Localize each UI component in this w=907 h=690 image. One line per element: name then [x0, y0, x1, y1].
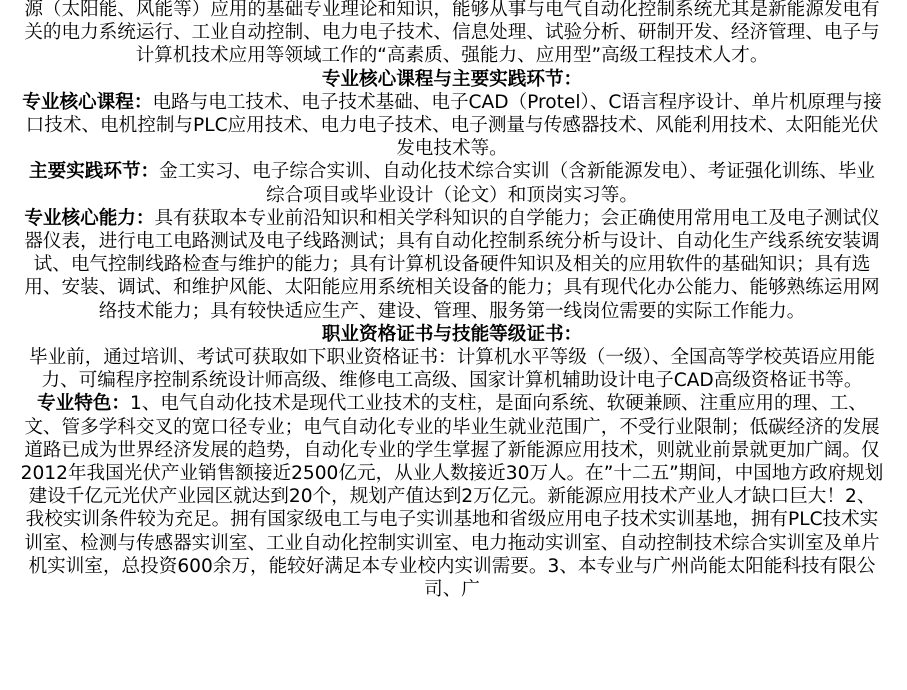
document-page: 源（太阳能、风能等）应用的基础专业理论和知识，能够从事与电气自动化控制系统尤其是… — [20, 0, 884, 601]
section-heading-certificates: 职业资格证书与技能等级证书： — [20, 323, 884, 346]
practice-label: 主要实践环节： — [29, 161, 159, 182]
core-courses-label: 专业核心课程： — [22, 92, 152, 113]
certificates-paragraph: 毕业前，通过培训、考试可获取如下职业资格证书：计算机水平等级（一级）、全国高等学… — [20, 346, 884, 392]
section-heading-core-courses: 专业核心课程与主要实践环节： — [20, 68, 884, 91]
core-courses-text: 电路与电工技术、电子技术基础、电子CAD（Protel）、C语言程序设计、单片机… — [26, 92, 882, 159]
ability-label: 专业核心能力： — [24, 208, 154, 229]
features-label: 专业特色： — [37, 393, 130, 414]
practice-text: 金工实习、电子综合实训、自动化技术综合实训（含新能源发电）、考证强化训练、毕业综… — [159, 161, 875, 205]
core-courses-paragraph: 专业核心课程：电路与电工技术、电子技术基础、电子CAD（Protel）、C语言程… — [20, 91, 884, 161]
intro-paragraph: 源（太阳能、风能等）应用的基础专业理论和知识，能够从事与电气自动化控制系统尤其是… — [20, 0, 884, 68]
practice-paragraph: 主要实践环节：金工实习、电子综合实训、自动化技术综合实训（含新能源发电）、考证强… — [20, 160, 884, 206]
features-paragraph: 专业特色：1、电气自动化技术是现代工业技术的支柱，是面向系统、软硬兼顾、注重应用… — [20, 392, 884, 601]
ability-paragraph: 专业核心能力：具有获取本专业前沿知识和相关学科知识的自学能力；会正确使用常用电工… — [20, 207, 884, 323]
features-text: 1、电气自动化技术是现代工业技术的支柱，是面向系统、软硬兼顾、注重应用的理、工、… — [21, 393, 884, 600]
